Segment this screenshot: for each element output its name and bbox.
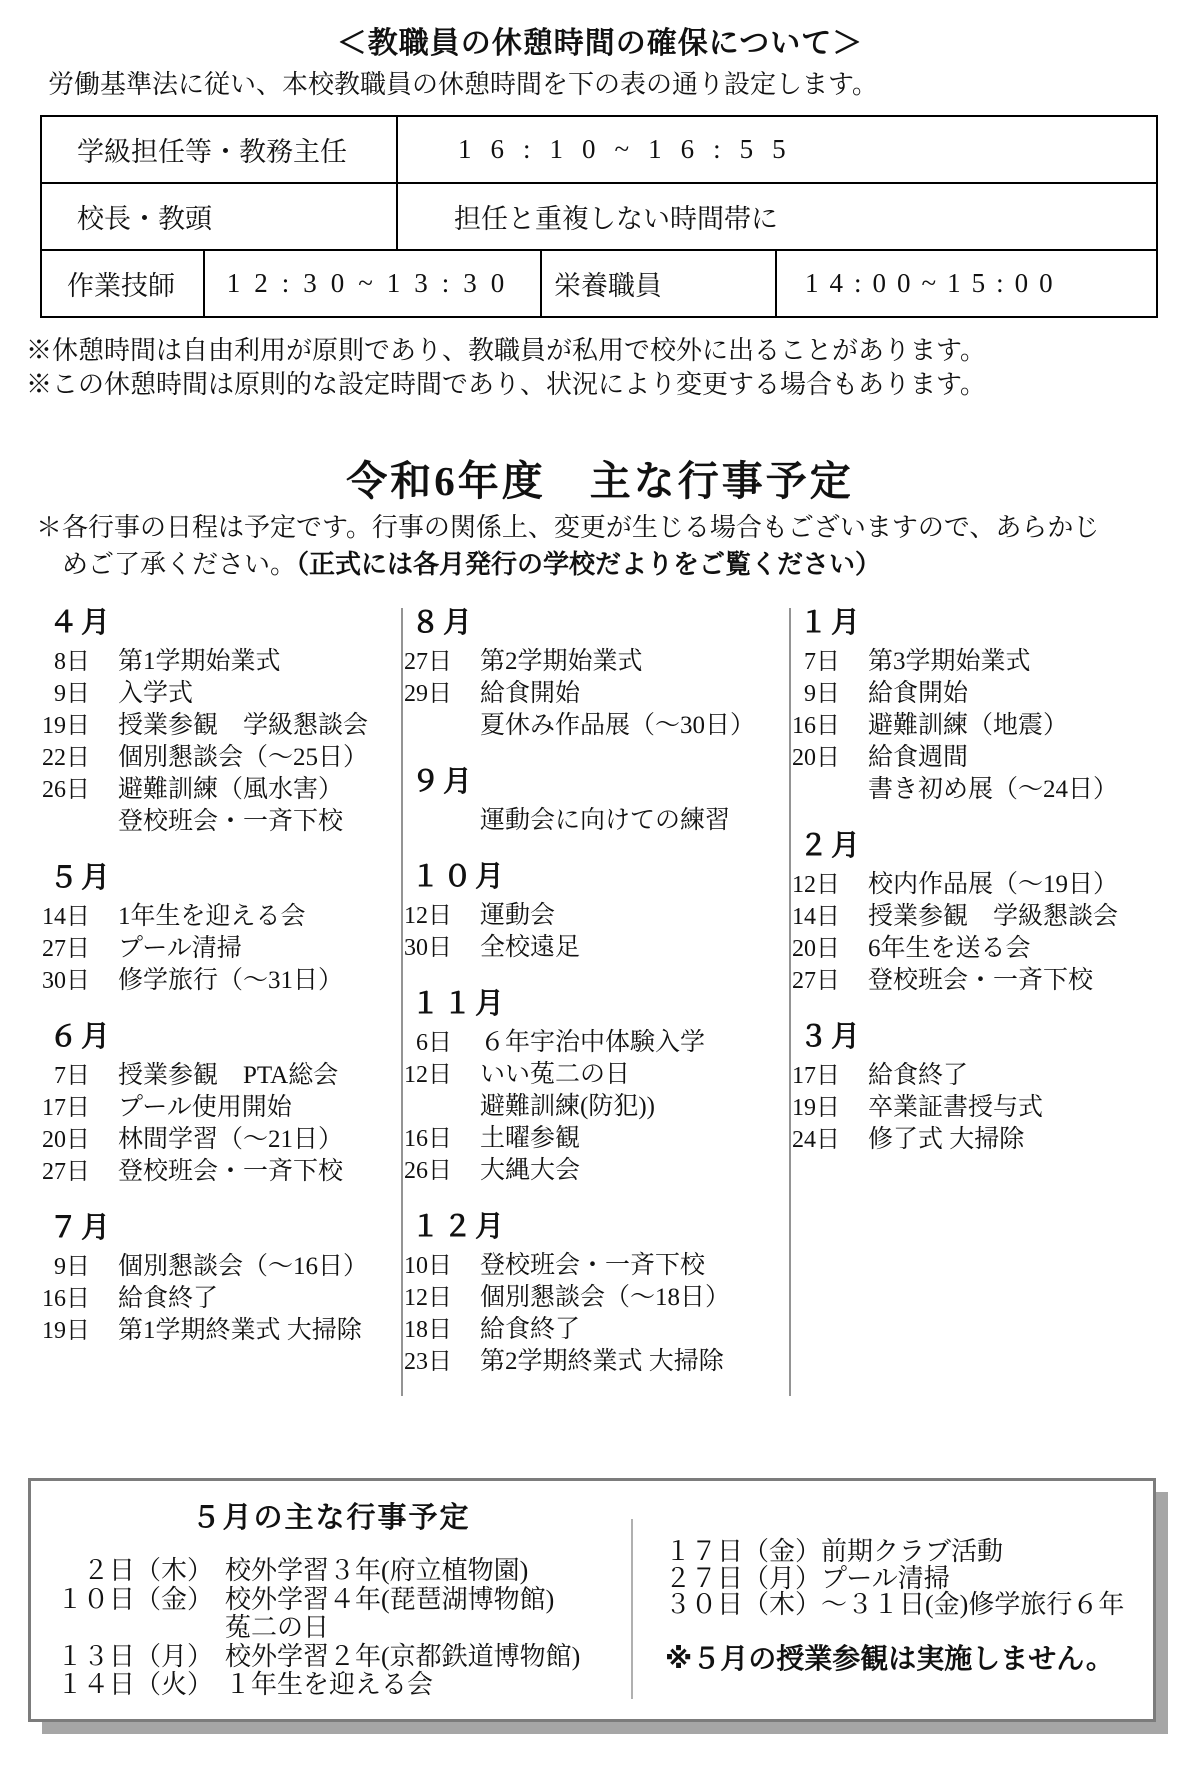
may-event-row: １０日（金） 校外学習４年(琵琶湖博物館): [51, 1586, 580, 1615]
event-text: 給食終了: [118, 1283, 218, 1315]
event-date: 16日: [402, 1123, 452, 1155]
event-date: 12日: [790, 869, 840, 901]
table-row: 学級担任等・教務主任 16:10~16:55: [42, 117, 1156, 182]
event-date: 6日: [402, 1027, 452, 1059]
event-row: 17日 給食終了: [790, 1060, 1160, 1092]
month-block: １１月 6日 ６年宇治中体験入学 12日 いい菟二の日: [402, 986, 790, 1187]
may-event-date: １４日（火）: [51, 1671, 213, 1700]
event-text: 個別懇談会（〜16日）: [118, 1251, 368, 1283]
event-text: 給食終了: [868, 1060, 968, 1092]
event-text: 避難訓練(防犯)): [480, 1091, 655, 1123]
month-block: １２月 10日 登校班会・一斉下校 12日 個別懇談会（〜18日）: [402, 1209, 790, 1378]
event-date: 17日: [790, 1060, 840, 1092]
event-text: 避難訓練（風水害）: [118, 774, 343, 806]
month-block: ４月 8日 第1学期始業式 9日 入学式: [40, 605, 402, 838]
event-date: 29日: [402, 678, 452, 710]
month-block: １０月 12日 運動会 30日 全校遠足: [402, 859, 790, 964]
event-text: 個別懇談会（〜25日）: [118, 742, 368, 774]
event-text: 書き初め展（〜24日）: [868, 774, 1118, 806]
event-row: 避難訓練(防犯)): [402, 1091, 790, 1123]
event-date: [402, 1091, 452, 1123]
event-text: 給食開始: [480, 678, 580, 710]
event-row: 20日 給食週間: [790, 742, 1160, 774]
event-row: 27日 登校班会・一斉下校: [790, 965, 1160, 997]
event-text: プール清掃: [118, 933, 242, 965]
event-text: いい菟二の日: [480, 1059, 630, 1091]
event-text: ６年宇治中体験入学: [480, 1027, 705, 1059]
page-subtitle: 労働基準法に従い、本校教職員の休憩時間を下の表の通り設定します。: [48, 64, 878, 101]
month-block: ３月 17日 給食終了 19日 卒業証書授与式: [790, 1019, 1160, 1156]
event-row: 19日 卒業証書授与式: [790, 1092, 1160, 1124]
event-row: 9日 給食開始: [790, 678, 1160, 710]
may-event-text: 校外学習４年(琵琶湖博物館): [225, 1586, 554, 1615]
event-date: 30日: [402, 932, 452, 964]
may-box-divider: [631, 1519, 633, 1699]
break-time-table: 学級担任等・教務主任 16:10~16:55 校長・教頭 担任と重複しない時間帯…: [40, 115, 1158, 318]
may-event-row: ３０日（木） 〜３１日(金)修学旅行６年: [653, 1592, 1124, 1619]
event-text: 登校班会・一斉下校: [868, 965, 1093, 997]
month-name: ３月: [790, 1019, 1160, 1055]
event-text: 林間学習（〜21日）: [118, 1124, 343, 1156]
month-name: ６月: [40, 1019, 402, 1055]
event-text: 土曜参観: [480, 1123, 580, 1155]
table-cell-time: 16:10~16:55: [398, 117, 1156, 182]
event-row: 14日 1年生を迎える会: [40, 901, 402, 933]
note-line: ※休憩時間は自由利用が原則であり、教職員が私用で校外に出ることがあります。: [26, 334, 986, 368]
may-event-text: プール清掃: [821, 1566, 950, 1593]
event-text: 給食開始: [868, 678, 968, 710]
event-row: 26日 避難訓練（風水害）: [40, 774, 402, 806]
may-event-text: 前期クラブ活動: [821, 1539, 1003, 1566]
event-text: 修学旅行（〜31日）: [118, 965, 343, 997]
event-row: 10日 登校班会・一斉下校: [402, 1250, 790, 1282]
table-cell-role: 作業技師: [42, 251, 205, 316]
event-row: 19日 授業参観 学級懇談会: [40, 710, 402, 742]
may-event-row: ２７日（月） プール清掃: [653, 1566, 1124, 1593]
event-date: 14日: [790, 901, 840, 933]
event-text: 全校遠足: [480, 932, 580, 964]
may-event-text: 校外学習２年(京都鉄道博物館): [225, 1643, 580, 1672]
month-block: ７月 9日 個別懇談会（〜16日） 16日 給食終了: [40, 1210, 402, 1347]
event-text: 登校班会・一斉下校: [480, 1250, 705, 1282]
event-row: 12日 運動会: [402, 900, 790, 932]
intro-line-bold: （正式には各月発行の学校だよりをご覧ください）: [296, 549, 881, 579]
may-event-row: ２日（木） 校外学習３年(府立植物園): [51, 1557, 580, 1586]
month-block: ９月 運動会に向けての練習: [402, 764, 790, 837]
event-date: 27日: [790, 965, 840, 997]
event-row: 22日 個別懇談会（〜25日）: [40, 742, 402, 774]
schedule-intro: ＊各行事の日程は予定です。行事の関係上、変更が生じる場合もございますので、あらか…: [36, 510, 1099, 583]
event-text: 授業参観 学級懇談会: [118, 710, 368, 742]
month-block: ６月 7日 授業参観 PTA総会 17日 プール使用開始: [40, 1019, 402, 1188]
event-row: 登校班会・一斉下校: [40, 806, 402, 838]
schedule-title: 令和6年度 主な行事予定: [0, 448, 1200, 507]
event-text: 卒業証書授与式: [868, 1092, 1043, 1124]
event-text: 第2学期始業式: [480, 646, 643, 678]
event-text: 大縄大会: [480, 1155, 580, 1187]
month-name: ２月: [790, 828, 1160, 864]
event-date: 16日: [790, 710, 840, 742]
may-event-text: 〜３１日(金)修学旅行６年: [821, 1592, 1124, 1619]
document-page: ＜教職員の休憩時間の確保について＞ 労働基準法に従い、本校教職員の休憩時間を下の…: [0, 0, 1200, 1770]
event-date: 19日: [40, 710, 90, 742]
event-date: [40, 806, 90, 838]
may-event-text: １年生を迎える会: [225, 1671, 433, 1700]
event-row: 12日 個別懇談会（〜18日）: [402, 1282, 790, 1314]
month-name: ４月: [40, 605, 402, 641]
column-divider: [789, 608, 791, 1396]
month-block: １月 7日 第3学期始業式 9日 給食開始: [790, 605, 1160, 806]
event-date: 22日: [40, 742, 90, 774]
event-date: 16日: [40, 1283, 90, 1315]
event-date: 27日: [40, 933, 90, 965]
table-cell-time: 12:30~13:30: [205, 251, 542, 316]
event-row: 夏休み作品展（〜30日）: [402, 710, 790, 742]
event-date: 14日: [40, 901, 90, 933]
event-row: 27日 プール清掃: [40, 933, 402, 965]
month-name: ５月: [40, 860, 402, 896]
event-row: 30日 全校遠足: [402, 932, 790, 964]
may-event-date: １７日（金）: [653, 1539, 811, 1566]
event-date: 24日: [790, 1124, 840, 1156]
event-text: 給食終了: [480, 1314, 580, 1346]
event-row: 6日 ６年宇治中体験入学: [402, 1027, 790, 1059]
month-name: １１月: [402, 986, 790, 1022]
event-date: 27日: [40, 1156, 90, 1188]
may-box-note: ※５月の授業参観は実施しません。: [665, 1637, 1114, 1677]
table-cell-time: 担任と重複しない時間帯に: [398, 184, 1156, 249]
month-name: １２月: [402, 1209, 790, 1245]
may-event-text: 菟二の日: [225, 1614, 329, 1643]
event-date: 20日: [40, 1124, 90, 1156]
may-box-left-column: ２日（木） 校外学習３年(府立植物園) １０日（金） 校外学習４年(琵琶湖博物館…: [51, 1557, 580, 1700]
event-text: 第2学期終業式 大掃除: [480, 1346, 724, 1378]
event-text: 第3学期始業式: [868, 646, 1031, 678]
event-row: 23日 第2学期終業式 大掃除: [402, 1346, 790, 1378]
event-date: 30日: [40, 965, 90, 997]
may-event-date: １０日（金）: [51, 1586, 213, 1615]
event-date: 10日: [402, 1250, 452, 1282]
event-date: 7日: [40, 1060, 90, 1092]
month-name: １０月: [402, 859, 790, 895]
month-name: ９月: [402, 764, 790, 800]
may-event-date: １３日（月）: [51, 1643, 213, 1672]
table-row: 校長・教頭 担任と重複しない時間帯に: [42, 182, 1156, 249]
event-date: 12日: [402, 900, 452, 932]
month-name: ７月: [40, 1210, 402, 1246]
event-date: 12日: [402, 1059, 452, 1091]
event-text: 入学式: [118, 678, 193, 710]
event-text: 修了式 大掃除: [868, 1124, 1024, 1156]
may-events-box: ５月の主な行事予定 ２日（木） 校外学習３年(府立植物園) １０日（金） 校外学…: [28, 1478, 1156, 1722]
table-cell-role: 栄養職員: [542, 251, 777, 316]
month-block: ８月 27日 第2学期始業式 29日 給食開始: [402, 605, 790, 742]
schedule-column: １月 7日 第3学期始業式 9日 給食開始: [790, 605, 1160, 1156]
event-text: 個別懇談会（〜18日）: [480, 1282, 730, 1314]
may-event-row: １３日（月） 校外学習２年(京都鉄道博物館): [51, 1643, 580, 1672]
event-date: [402, 805, 452, 837]
event-row: 20日 林間学習（〜21日）: [40, 1124, 402, 1156]
event-date: 7日: [790, 646, 840, 678]
event-text: 運動会: [480, 900, 555, 932]
event-row: 書き初め展（〜24日）: [790, 774, 1160, 806]
may-event-date: ２７日（月）: [653, 1566, 811, 1593]
event-row: 16日 給食終了: [40, 1283, 402, 1315]
event-row: 7日 授業参観 PTA総会: [40, 1060, 402, 1092]
event-text: 第1学期終業式 大掃除: [118, 1315, 362, 1347]
may-event-row: 菟二の日: [51, 1614, 580, 1643]
may-event-date: ２日（木）: [51, 1557, 213, 1586]
event-row: 20日 6年生を送る会: [790, 933, 1160, 965]
table-cell-role: 学級担任等・教務主任: [42, 117, 398, 182]
event-date: 27日: [402, 646, 452, 678]
event-text: 給食週間: [868, 742, 968, 774]
event-row: 27日 登校班会・一斉下校: [40, 1156, 402, 1188]
event-row: 30日 修学旅行（〜31日）: [40, 965, 402, 997]
event-date: 9日: [40, 678, 90, 710]
month-block: ２月 12日 校内作品展（〜19日） 14日 授業参観 学級懇談会: [790, 828, 1160, 997]
event-text: 運動会に向けての練習: [480, 805, 730, 837]
event-date: 19日: [790, 1092, 840, 1124]
event-row: 9日 個別懇談会（〜16日）: [40, 1251, 402, 1283]
event-date: 20日: [790, 933, 840, 965]
month-name: １月: [790, 605, 1160, 641]
may-box-title: ５月の主な行事予定: [31, 1495, 631, 1536]
event-text: 6年生を送る会: [868, 933, 1031, 965]
table-cell-role: 校長・教頭: [42, 184, 398, 249]
event-row: 12日 校内作品展（〜19日）: [790, 869, 1160, 901]
event-row: 7日 第3学期始業式: [790, 646, 1160, 678]
may-event-row: １４日（火） １年生を迎える会: [51, 1671, 580, 1700]
event-row: 26日 大縄大会: [402, 1155, 790, 1187]
may-event-date: [51, 1614, 213, 1643]
month-block: ５月 14日 1年生を迎える会 27日 プール清掃: [40, 860, 402, 997]
event-row: 16日 避難訓練（地震）: [790, 710, 1160, 742]
event-text: 授業参観 学級懇談会: [868, 901, 1118, 933]
event-date: 20日: [790, 742, 840, 774]
event-date: [402, 710, 452, 742]
page-title: ＜教職員の休憩時間の確保について＞: [0, 18, 1200, 62]
event-row: 18日 給食終了: [402, 1314, 790, 1346]
event-date: 9日: [40, 1251, 90, 1283]
event-text: 登校班会・一斉下校: [118, 1156, 343, 1188]
event-row: 8日 第1学期始業式: [40, 646, 402, 678]
event-text: 第1学期始業式: [118, 646, 281, 678]
event-text: 校内作品展（〜19日）: [868, 869, 1118, 901]
event-date: 8日: [40, 646, 90, 678]
note-line: ※この休憩時間は原則的な設定時間であり、状況により変更する場合もあります。: [26, 368, 986, 402]
notes: ※休憩時間は自由利用が原則であり、教職員が私用で校外に出ることがあります。 ※こ…: [26, 334, 986, 402]
table-cell-time: 14:00~15:00: [777, 251, 1156, 316]
may-event-text: 校外学習３年(府立植物園): [225, 1557, 528, 1586]
event-text: 授業参観 PTA総会: [118, 1060, 338, 1092]
event-date: 18日: [402, 1314, 452, 1346]
event-row: 27日 第2学期始業式: [402, 646, 790, 678]
event-row: 運動会に向けての練習: [402, 805, 790, 837]
event-row: 9日 入学式: [40, 678, 402, 710]
may-event-date: ３０日（木）: [653, 1592, 811, 1619]
column-divider: [401, 608, 403, 1396]
may-event-row: １７日（金） 前期クラブ活動: [653, 1539, 1124, 1566]
event-row: 29日 給食開始: [402, 678, 790, 710]
may-box-right-column: １７日（金） 前期クラブ活動 ２７日（月） プール清掃 ３０日（木） 〜３１日(…: [653, 1539, 1124, 1619]
event-row: 19日 第1学期終業式 大掃除: [40, 1315, 402, 1347]
event-text: 1年生を迎える会: [118, 901, 306, 933]
event-row: 17日 プール使用開始: [40, 1092, 402, 1124]
event-date: 26日: [40, 774, 90, 806]
event-row: 16日 土曜参観: [402, 1123, 790, 1155]
intro-line: ＊各行事の日程は予定です。行事の関係上、変更が生じる場合もございますので、あらか…: [36, 510, 1099, 546]
schedule-columns: ４月 8日 第1学期始業式 9日 入学式: [40, 605, 1160, 1378]
intro-line: めご了承ください。（正式には各月発行の学校だよりをご覧ください）: [36, 546, 1099, 583]
month-name: ８月: [402, 605, 790, 641]
event-date: [790, 774, 840, 806]
event-date: 9日: [790, 678, 840, 710]
event-row: 12日 いい菟二の日: [402, 1059, 790, 1091]
event-text: 避難訓練（地震）: [868, 710, 1068, 742]
event-row: 14日 授業参観 学級懇談会: [790, 901, 1160, 933]
event-text: プール使用開始: [118, 1092, 292, 1124]
event-date: 19日: [40, 1315, 90, 1347]
event-text: 夏休み作品展（〜30日）: [480, 710, 755, 742]
schedule-column: ８月 27日 第2学期始業式 29日 給食開始: [402, 605, 790, 1378]
event-text: 登校班会・一斉下校: [118, 806, 343, 838]
intro-line-normal: めご了承ください。: [62, 550, 296, 579]
event-date: 23日: [402, 1346, 452, 1378]
schedule-column: ４月 8日 第1学期始業式 9日 入学式: [40, 605, 402, 1347]
event-date: 26日: [402, 1155, 452, 1187]
table-row: 作業技師 12:30~13:30 栄養職員 14:00~15:00: [42, 249, 1156, 316]
event-date: 12日: [402, 1282, 452, 1314]
event-row: 24日 修了式 大掃除: [790, 1124, 1160, 1156]
event-date: 17日: [40, 1092, 90, 1124]
